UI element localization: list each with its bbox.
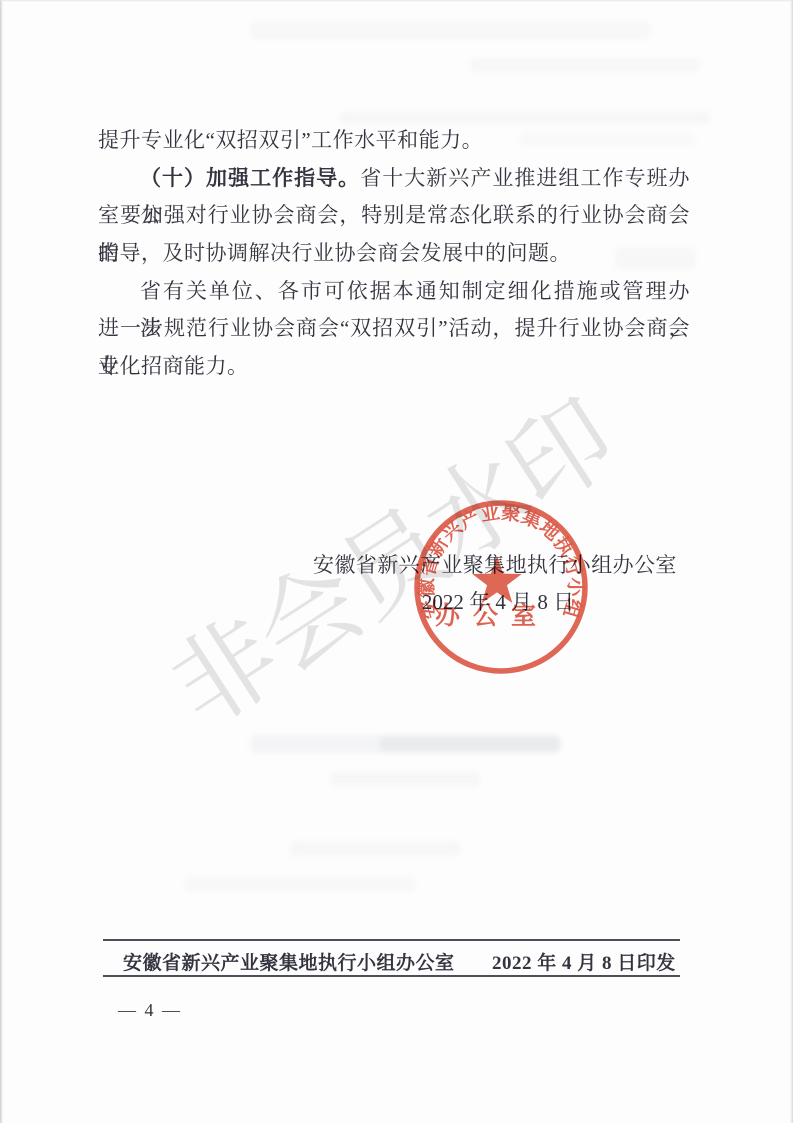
bleed-through-artifact [290, 842, 460, 856]
bleed-through-artifact [330, 772, 480, 786]
seal-center-text: 办公室 [435, 602, 549, 630]
body-line: 省有关单位、各市可依据本通知制定细化措施或管理办法， [98, 273, 690, 311]
seal-star-icon [472, 556, 521, 603]
bleed-through-artifact [380, 737, 560, 751]
scanned-document-page: 非会员水印 提升专业化“双招双引”工作水平和能力。 （十）加强工作指导。省十大新… [0, 0, 793, 1123]
scan-edge-top [0, 0, 793, 2]
body-line: 指导，及时协调解决行业协会商会发展中的问题。 [98, 235, 690, 273]
page-number: — 4 — [118, 1000, 182, 1021]
footer-issuer: 安徽省新兴产业聚集地执行小组办公室 [123, 948, 455, 975]
scan-edge-left [0, 0, 3, 1123]
official-seal: 安徽省新兴产业聚集地执行小组 办公室 [405, 495, 600, 685]
body-line: （十）加强工作指导。省十大新兴产业推进组工作专班办公 [98, 160, 690, 198]
bleed-through-artifact [470, 58, 700, 72]
footer-print-date: 2022 年 4 月 8 日印发 [492, 948, 676, 975]
body-line: 提升专业化“双招双引”工作水平和能力。 [98, 122, 690, 160]
body-line: 进一步规范行业协会商会“双招双引”活动，提升行业协会商会专 [98, 310, 690, 348]
footer-rule-top [103, 939, 680, 941]
bleed-through-artifact [250, 22, 650, 39]
body-line: 业化招商能力。 [98, 348, 690, 386]
document-body: 提升专业化“双招双引”工作水平和能力。 （十）加强工作指导。省十大新兴产业推进组… [98, 122, 690, 386]
bleed-through-artifact [185, 877, 415, 891]
section-heading: （十）加强工作指导。 [140, 166, 360, 190]
footer-rule-bottom [103, 975, 680, 977]
body-line: 室要加强对行业协会商会，特别是常态化联系的行业协会商会的 [98, 197, 690, 235]
